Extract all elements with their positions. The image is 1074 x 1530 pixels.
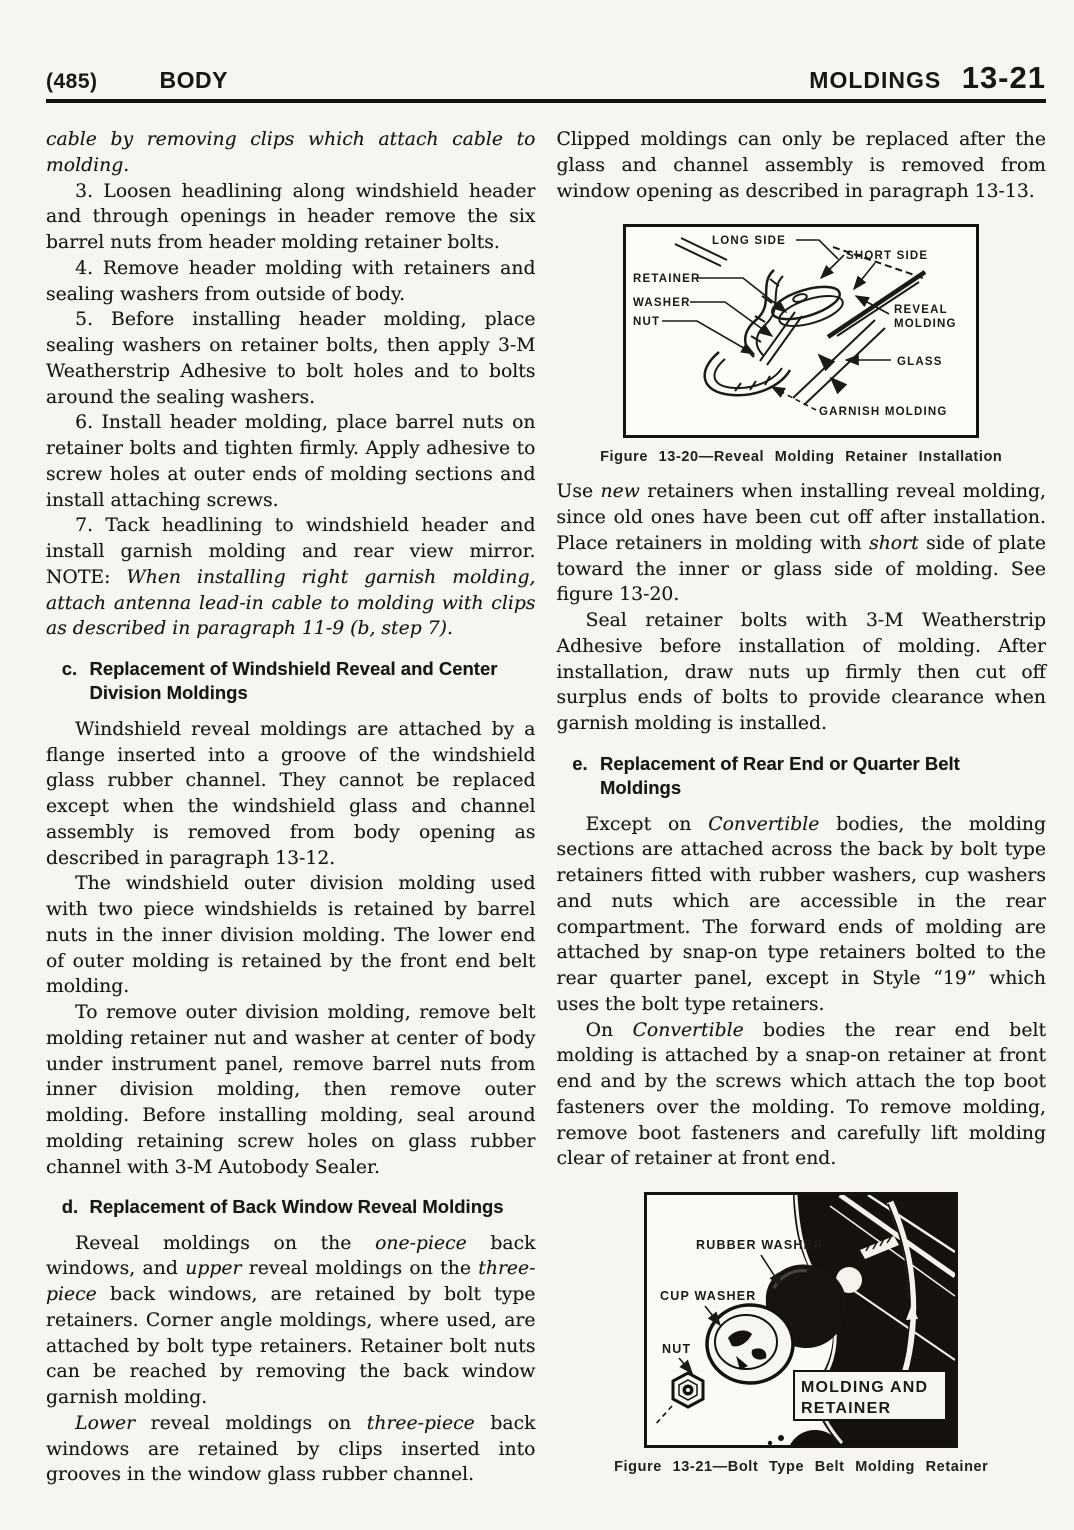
step-6: 6. Install header molding, place barrel … bbox=[46, 410, 536, 513]
paragraph-seal-retainer: Seal retainer bolts with 3-M Weatherstri… bbox=[557, 608, 1047, 737]
subheading-text: Replacement of Rear End or Quarter Belt … bbox=[600, 752, 1046, 801]
subheading-letter: e. bbox=[557, 752, 600, 801]
right-column: Clipped moldings can only be replaced af… bbox=[557, 127, 1047, 1489]
figure-13-21: MOLDING AND RETAINER RUBBER WASHER CUP W… bbox=[557, 1192, 1047, 1475]
nut-label: NUT bbox=[633, 316, 660, 328]
washer-label: WASHER bbox=[633, 297, 691, 309]
figure-13-21-photo: MOLDING AND RETAINER RUBBER WASHER CUP W… bbox=[644, 1192, 958, 1448]
paragraph-outer-division: The windshield outer division molding us… bbox=[46, 871, 536, 1000]
subheading-e: e. Replacement of Rear End or Quarter Be… bbox=[557, 752, 1047, 801]
garnish-molding-label: GARNISH MOLDING bbox=[819, 406, 948, 418]
subheading-text: Replacement of Back Window Reveal Moldin… bbox=[89, 1195, 535, 1219]
step-5: 5. Before installing header molding, pla… bbox=[46, 307, 536, 410]
step-7: 7. Tack headlining to windshield header … bbox=[46, 513, 536, 642]
subheading-text: Replacement of Windshield Reveal and Cen… bbox=[89, 657, 535, 706]
paragraph-lower-reveal: Lower reveal moldings on three-piece bac… bbox=[46, 1411, 536, 1488]
subheading-c: c. Replacement of Windshield Reveal and … bbox=[46, 657, 536, 706]
section-title: BODY bbox=[160, 67, 228, 94]
reveal-molding-label-line1: REVEAL bbox=[894, 304, 948, 316]
subheading-letter: c. bbox=[46, 657, 89, 706]
paragraph-windshield-reveal: Windshield reveal moldings are attached … bbox=[46, 717, 536, 872]
header-left: (485) BODY bbox=[46, 67, 228, 94]
reveal-molding-label-line2: MOLDING bbox=[894, 318, 957, 330]
chapter-title: MOLDINGS bbox=[809, 67, 941, 93]
figure-13-21-caption: Figure 13-21—Bolt Type Belt Molding Reta… bbox=[557, 1459, 1047, 1475]
speckle bbox=[768, 1441, 772, 1445]
cup-washer bbox=[707, 1305, 793, 1383]
molding-retainer-label-line2: RETAINER bbox=[801, 1400, 891, 1417]
rubber-washer-label: RUBBER WASHER bbox=[696, 1238, 823, 1252]
paragraph-remove-outer: To remove outer division molding, remove… bbox=[46, 1000, 536, 1180]
page-number: (485) bbox=[46, 70, 98, 94]
paragraph-on-convertible: On Convertible bodies the rear end belt … bbox=[557, 1018, 1047, 1173]
nut-label: NUT bbox=[662, 1342, 691, 1356]
paragraph-cable: cable by removing clips which attach cab… bbox=[46, 127, 536, 179]
figure-13-20: LONG SIDE SHORT SIDE RETAINER WASHER NUT… bbox=[557, 224, 1047, 465]
long-side-label: LONG SIDE bbox=[712, 235, 786, 247]
molding-retainer-label-box: MOLDING AND RETAINER bbox=[794, 1371, 946, 1420]
step-3: 3. Loosen headlining along windshield he… bbox=[46, 179, 536, 256]
header-rule bbox=[46, 99, 1046, 103]
paragraph-reveal-moldings: Reveal moldings on the one-piece back wi… bbox=[46, 1231, 536, 1411]
speckle bbox=[778, 1435, 784, 1441]
manual-page: (485) BODY MOLDINGS 13-21 cable by remov… bbox=[0, 0, 1074, 1530]
molding-retainer-label-line1: MOLDING AND bbox=[801, 1379, 928, 1396]
paragraph-except-convertible: Except on Convertible bodies, the moldin… bbox=[557, 812, 1047, 1018]
left-column: cable by removing clips which attach cab… bbox=[46, 127, 536, 1489]
paragraph-use-new: Use new retainers when installing reveal… bbox=[557, 479, 1047, 608]
step-4: 4. Remove header molding with retainers … bbox=[46, 256, 536, 308]
subheading-letter: d. bbox=[46, 1195, 89, 1219]
page-header: (485) BODY MOLDINGS 13-21 bbox=[46, 60, 1046, 96]
cup-washer-label: CUP WASHER bbox=[660, 1289, 757, 1303]
paragraph-clipped: Clipped moldings can only be replaced af… bbox=[557, 127, 1047, 204]
retainer-label: RETAINER bbox=[633, 273, 701, 285]
subheading-d: d. Replacement of Back Window Reveal Mol… bbox=[46, 1195, 536, 1219]
figure-13-20-caption: Figure 13-20—Reveal Molding Retainer Ins… bbox=[557, 449, 1047, 465]
page-id: 13-21 bbox=[962, 60, 1046, 95]
page-body: cable by removing clips which attach cab… bbox=[46, 127, 1046, 1489]
header-right: MOLDINGS 13-21 bbox=[809, 60, 1046, 96]
glass-label: GLASS bbox=[897, 356, 943, 368]
figure-13-20-drawing: LONG SIDE SHORT SIDE RETAINER WASHER NUT… bbox=[623, 224, 979, 438]
short-side-label: SHORT SIDE bbox=[846, 250, 928, 262]
